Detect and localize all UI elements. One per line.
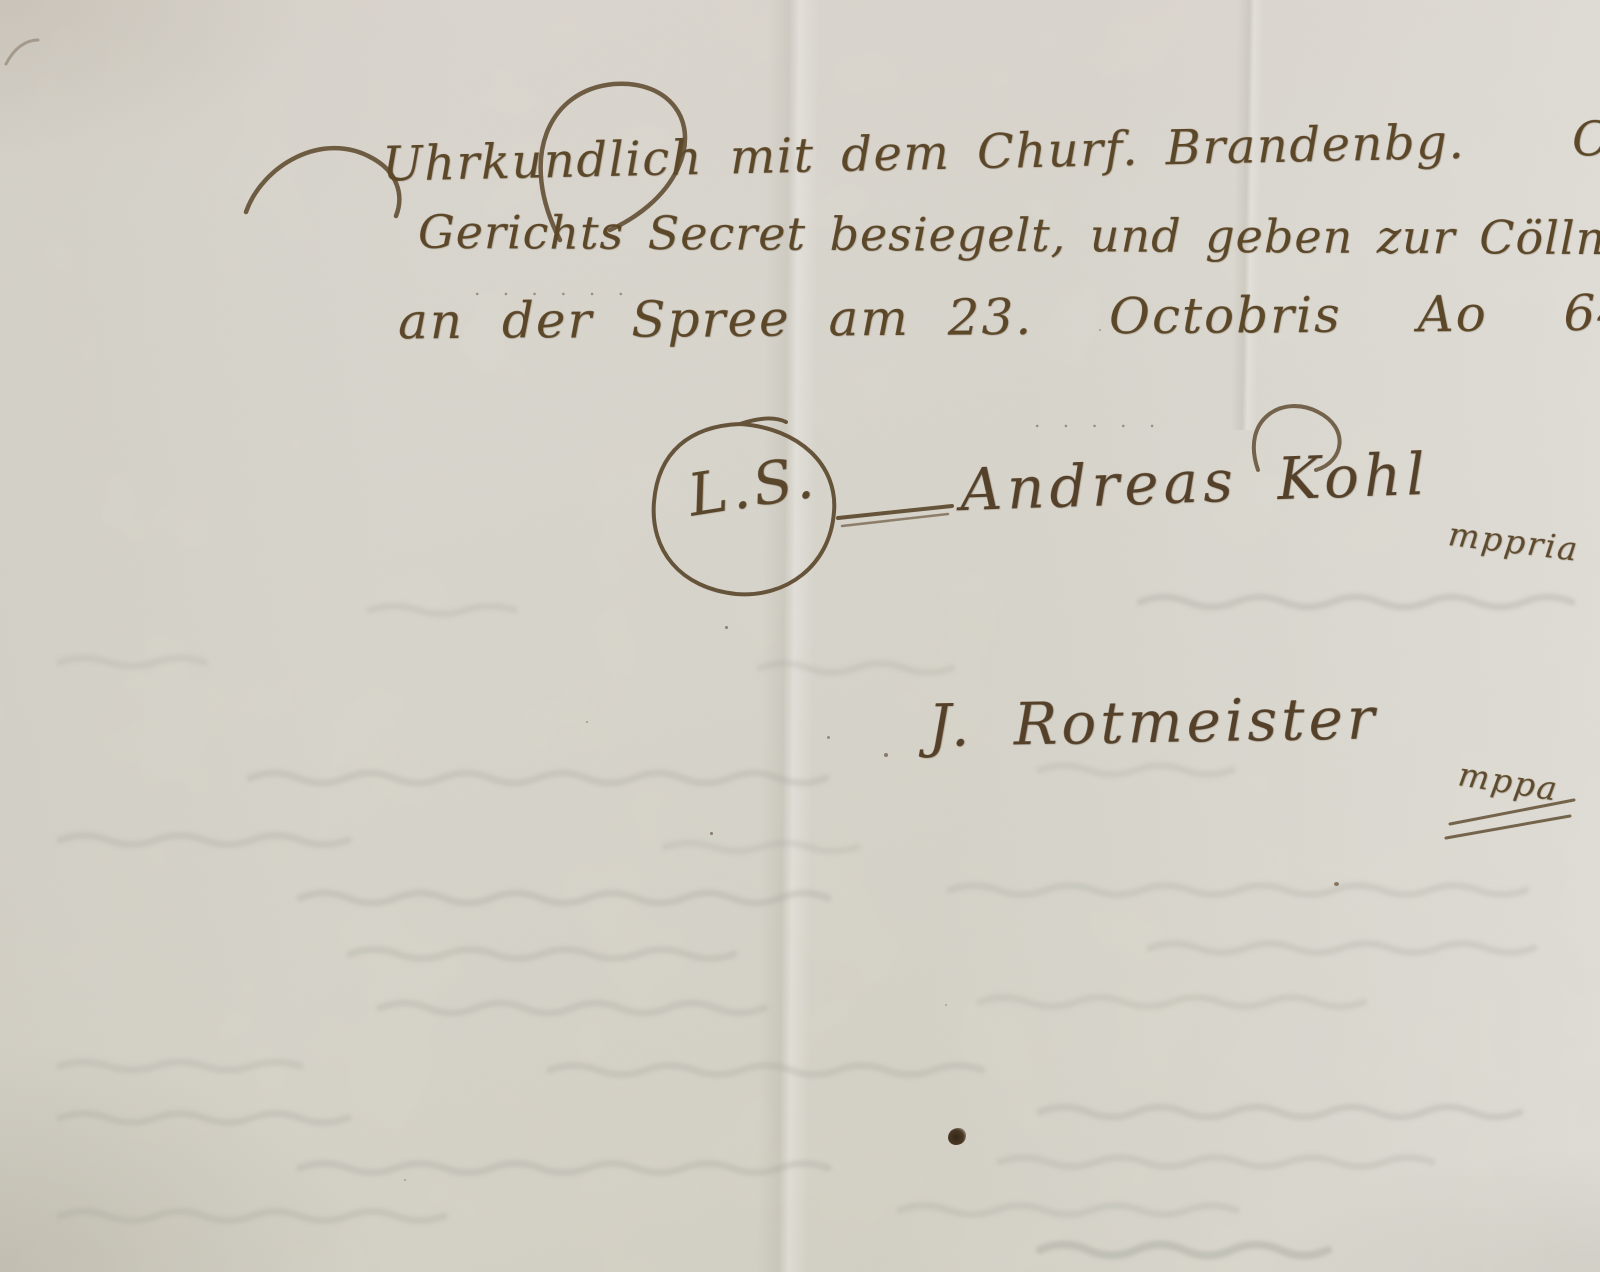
opening-swash-flourish [246,148,399,216]
foxing-speck [827,736,830,739]
foxing-speck [864,138,867,141]
manuscript-line-1: Uhrkundlich mit dem Churf. Brandenbg. Cä… [382,107,1600,192]
tone-overlay-right [0,0,1600,1272]
edge-smudge [6,40,38,64]
paper-texture [0,0,1600,1272]
foxing-speck [945,1004,947,1006]
vertical-fold-crease [756,0,819,1272]
seal-dash-echo [842,514,948,526]
signature-rotmeister-subscription: mppa [1456,754,1562,808]
foxing-speck [1099,329,1101,331]
ink-dot [884,753,888,757]
ink-blot [948,1128,966,1145]
seal-mark-ls: L.S. [683,442,821,529]
tone-overlay-corners [0,0,1600,1272]
mppa-strike-2 [1446,816,1570,838]
signature-andreas-kohl-subscription: mppria [1446,514,1581,569]
seal-dash [838,506,952,518]
bleedthrough-ghost-lines [0,0,1600,1272]
tone-overlay-top [0,0,1600,1272]
foxing-speck [1334,882,1339,886]
signature-andreas-kohl: Andreas Kohl [959,440,1431,524]
foxing-speck [404,1179,406,1181]
ink-dot-row-a: . . . . . . [474,276,632,300]
manuscript-page: Uhrkundlich mit dem Churf. Brandenbg. Cä… [0,0,1600,1272]
manuscript-line-2: Gerichts Secret besiegelt, und geben zur… [418,205,1600,265]
foxing-speck [586,721,588,723]
signature-rotmeister: J. Rotmeister [927,684,1379,760]
ink-flourishes [0,0,1600,1272]
foxing-speck [725,626,728,629]
ink-dot-row-b: . . . . . [1034,408,1163,432]
foxing-speck [710,832,713,835]
